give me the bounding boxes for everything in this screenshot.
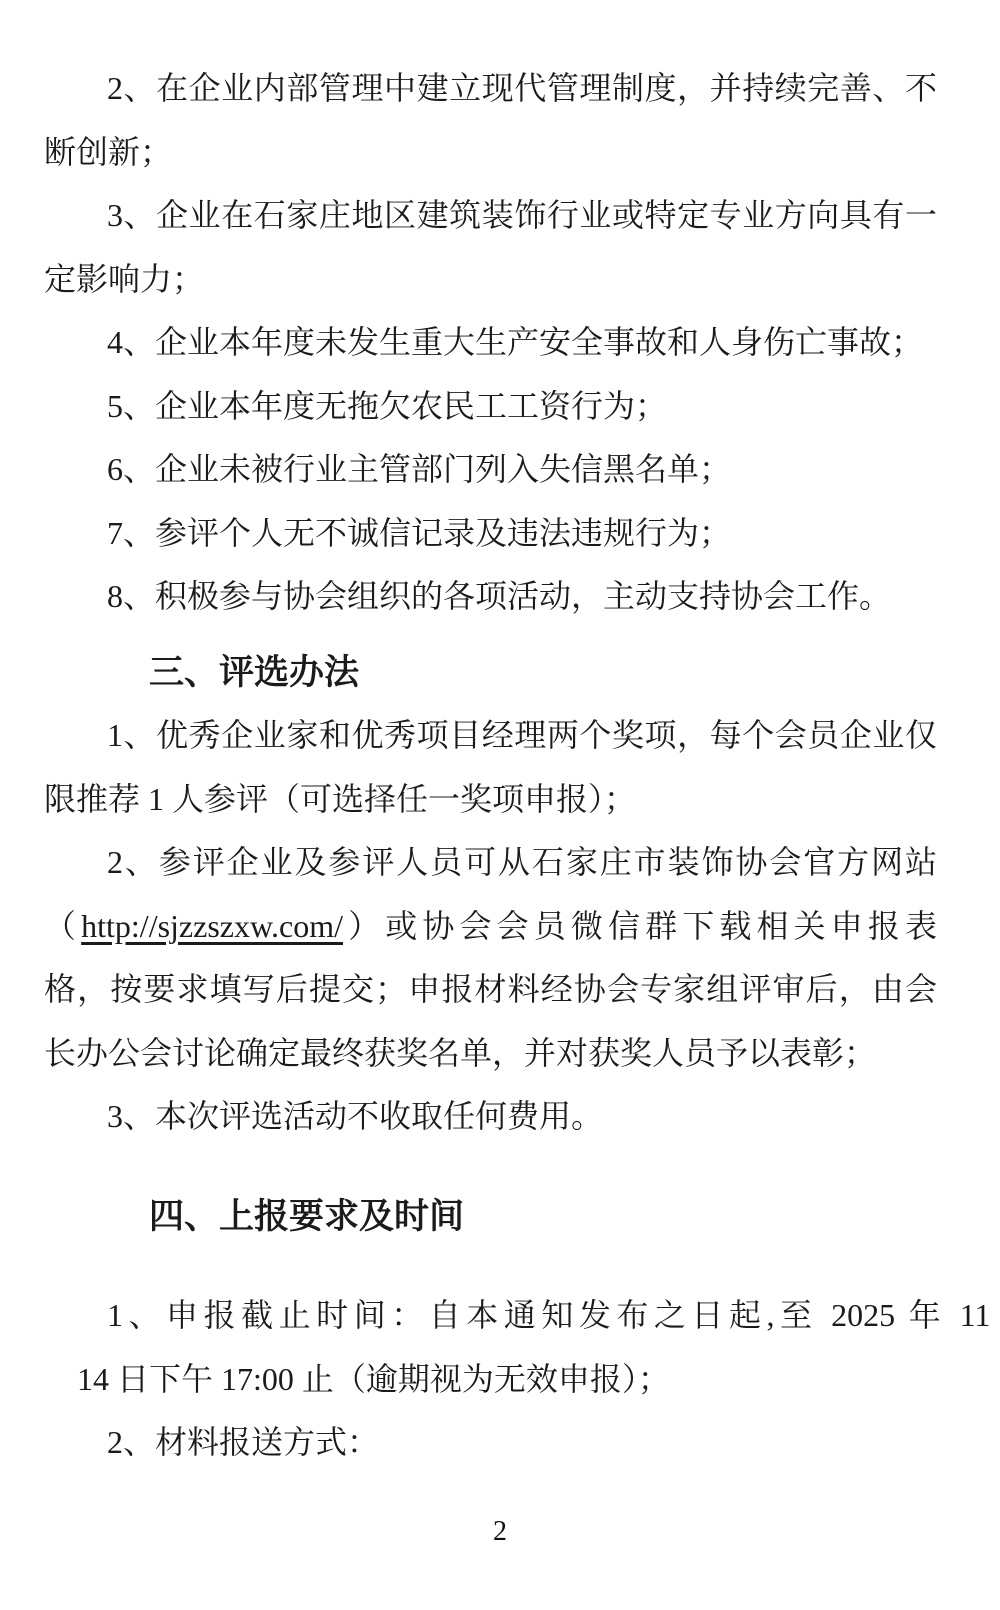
list-item: 1、优秀企业家和优秀项目经理两个奖项，每个会员企业仅 [44, 704, 937, 768]
list-item-continuation: 定影响力； [44, 248, 937, 312]
list-item: 1、申报截止时间：自本通知发布之日起,至 2025 年 11 月 [44, 1284, 1000, 1348]
section-heading-selection-method: 三、评选办法 [44, 641, 937, 705]
document-body: 2、在企业内部管理中建立现代管理制度，并持续完善、不 断创新； 3、企业在石家庄… [44, 57, 937, 1475]
list-item: 2、在企业内部管理中建立现代管理制度，并持续完善、不 [44, 57, 937, 121]
list-item: 6、企业未被行业主管部门列入失信黑名单； [44, 438, 937, 502]
list-item-continuation: （http://sjzzszxw.com/）或协会会员微信群下载相关申报表 [44, 895, 937, 959]
association-website-link[interactable]: http://sjzzszxw.com/ [81, 908, 343, 944]
document-page: 2、在企业内部管理中建立现代管理制度，并持续完善、不 断创新； 3、企业在石家庄… [0, 0, 1000, 1610]
list-item: 2、参评企业及参评人员可从石家庄市装饰协会官方网站 [44, 831, 937, 895]
list-item-continuation: 断创新； [44, 121, 937, 185]
page-number: 2 [0, 1516, 1000, 1548]
list-item: 8、积极参与协会组织的各项活动，主动支持协会工作。 [44, 565, 937, 629]
list-item: 3、本次评选活动不收取任何费用。 [44, 1085, 937, 1149]
list-item-continuation: 格，按要求填写后提交；申报材料经协会专家组评审后，由会 [44, 958, 937, 1022]
list-item-continuation: 限推荐 1 人参评（可选择任一奖项申报）； [44, 768, 937, 832]
list-item: 3、企业在石家庄地区建筑装饰行业或特定专业方向具有一 [44, 184, 937, 248]
list-item-continuation: 长办公会讨论确定最终获奖名单，并对获奖人员予以表彰； [44, 1022, 937, 1086]
list-item: 2、材料报送方式： [44, 1411, 937, 1475]
list-item-continuation: 14 日下午 17:00 止（逾期视为无效申报）； [44, 1348, 937, 1412]
list-item: 4、企业本年度未发生重大生产安全事故和人身伤亡事故； [44, 311, 937, 375]
list-item: 5、企业本年度无拖欠农民工工资行为； [44, 375, 937, 439]
section-heading-submission-requirements: 四、上报要求及时间 [44, 1185, 937, 1249]
link-prefix: （ [44, 908, 81, 944]
link-suffix: ）或协会会员微信群下载相关申报表 [343, 908, 937, 944]
list-item: 7、参评个人无不诚信记录及违法违规行为； [44, 502, 937, 566]
